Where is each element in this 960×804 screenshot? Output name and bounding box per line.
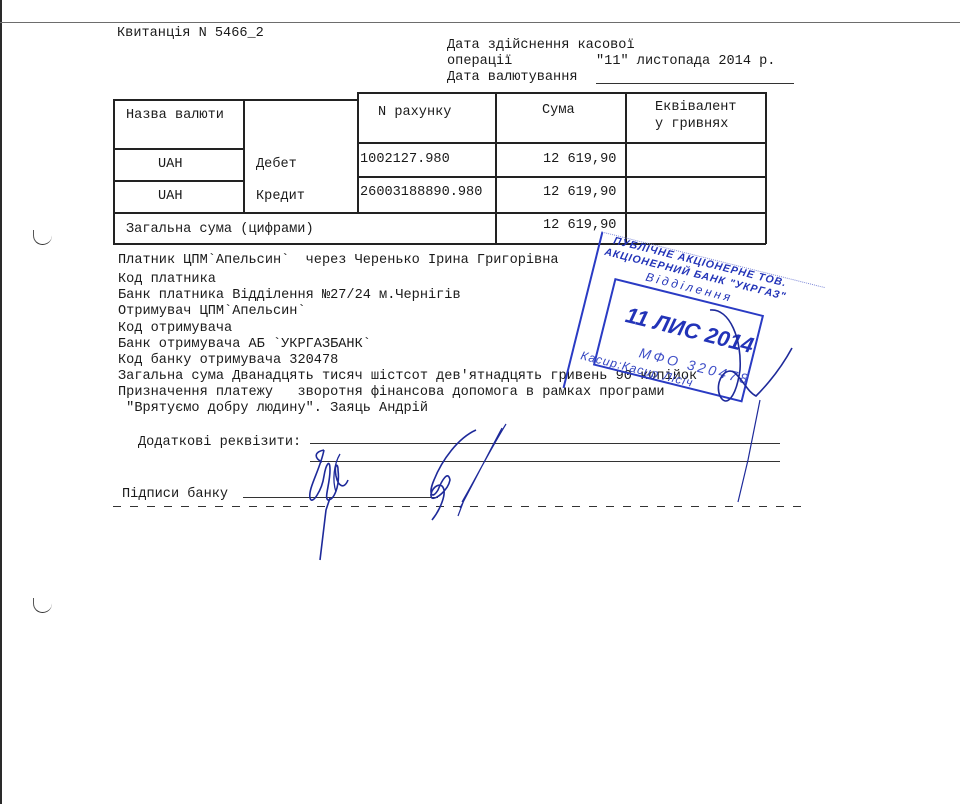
operation-date-value: "11" листопада 2014 р. (596, 54, 775, 69)
row-type: Дебет (256, 157, 297, 172)
signature-icon (418, 420, 513, 530)
payer: Платник ЦПМ`Апельсин` через Черенько Іри… (118, 253, 559, 268)
row-type: Кредит (256, 189, 305, 204)
row-amount: 12 619,90 (543, 152, 616, 167)
value-date-label: Дата валютування (447, 70, 578, 85)
receipt-title: Квитанція N 5466_2 (117, 26, 264, 41)
additional-details-label: Додаткові реквізити: (138, 435, 301, 450)
recipient-bank-code: Код банку отримувача 320478 (118, 353, 338, 368)
value-date-field (596, 83, 794, 84)
header-currency-name: Назва валюти (126, 108, 224, 123)
recipient-code: Код отримувача (118, 321, 232, 336)
row-currency: UAH (158, 157, 182, 172)
operation-date-label-2: операції (447, 54, 512, 69)
cut-line (113, 506, 801, 507)
recipient: Отримувач ЦПМ`Апельсин` (118, 304, 306, 319)
total-amount: 12 619,90 (543, 218, 616, 233)
punch-hole-mark (33, 598, 52, 613)
stamp-date: 11 ЛИС 2014 (623, 302, 756, 359)
recipient-bank: Банк отримувача АБ `УКРГАЗБАНК` (118, 337, 371, 352)
payer-bank: Банк платника Відділення №27/24 м.Черніг… (118, 288, 461, 303)
punch-hole-mark (33, 230, 52, 245)
stamp-text-line3: Відділення (644, 270, 734, 305)
bank-stamp: ПУБЛІЧНЕ АКЦІОНЕРНЕ ТОВ. АКЦІОНЕРНИЙ БАН… (557, 228, 831, 451)
header-equivalent: Еквівалент (655, 100, 737, 115)
payment-purpose-2: "Врятуємо добру людину". Заяць Андрій (118, 401, 428, 416)
stamp-text-line2: АКЦІОНЕРНИЙ БАНК "УКРГАЗ" (603, 246, 787, 303)
row-currency: UAH (158, 189, 182, 204)
bank-signatures-line (243, 497, 438, 498)
total-in-words: Загальна сума Дванадцять тисяч шістсот д… (118, 369, 697, 384)
header-amount: Сума (542, 103, 575, 118)
signature-icon (300, 440, 360, 570)
bank-signatures-label: Підписи банку (122, 487, 228, 502)
signature-icon (700, 300, 800, 505)
row-amount: 12 619,90 (543, 185, 616, 200)
total-label: Загальна сума (цифрами) (126, 222, 314, 237)
row-account: 1002127.980 (360, 152, 450, 167)
payment-purpose: Призначення платежу зворотня фінансова д… (118, 385, 665, 400)
scan-left-edge (0, 0, 2, 804)
operation-date-label: Дата здійснення касової (447, 38, 635, 53)
scan-top-edge (0, 22, 960, 23)
additional-details-line-2 (310, 461, 780, 462)
row-account: 26003188890.980 (360, 185, 482, 200)
payer-code: Код платника (118, 272, 216, 287)
additional-details-line (310, 443, 780, 444)
header-account-number: N рахунку (378, 105, 451, 120)
header-equivalent-2: у гривнях (655, 117, 728, 132)
